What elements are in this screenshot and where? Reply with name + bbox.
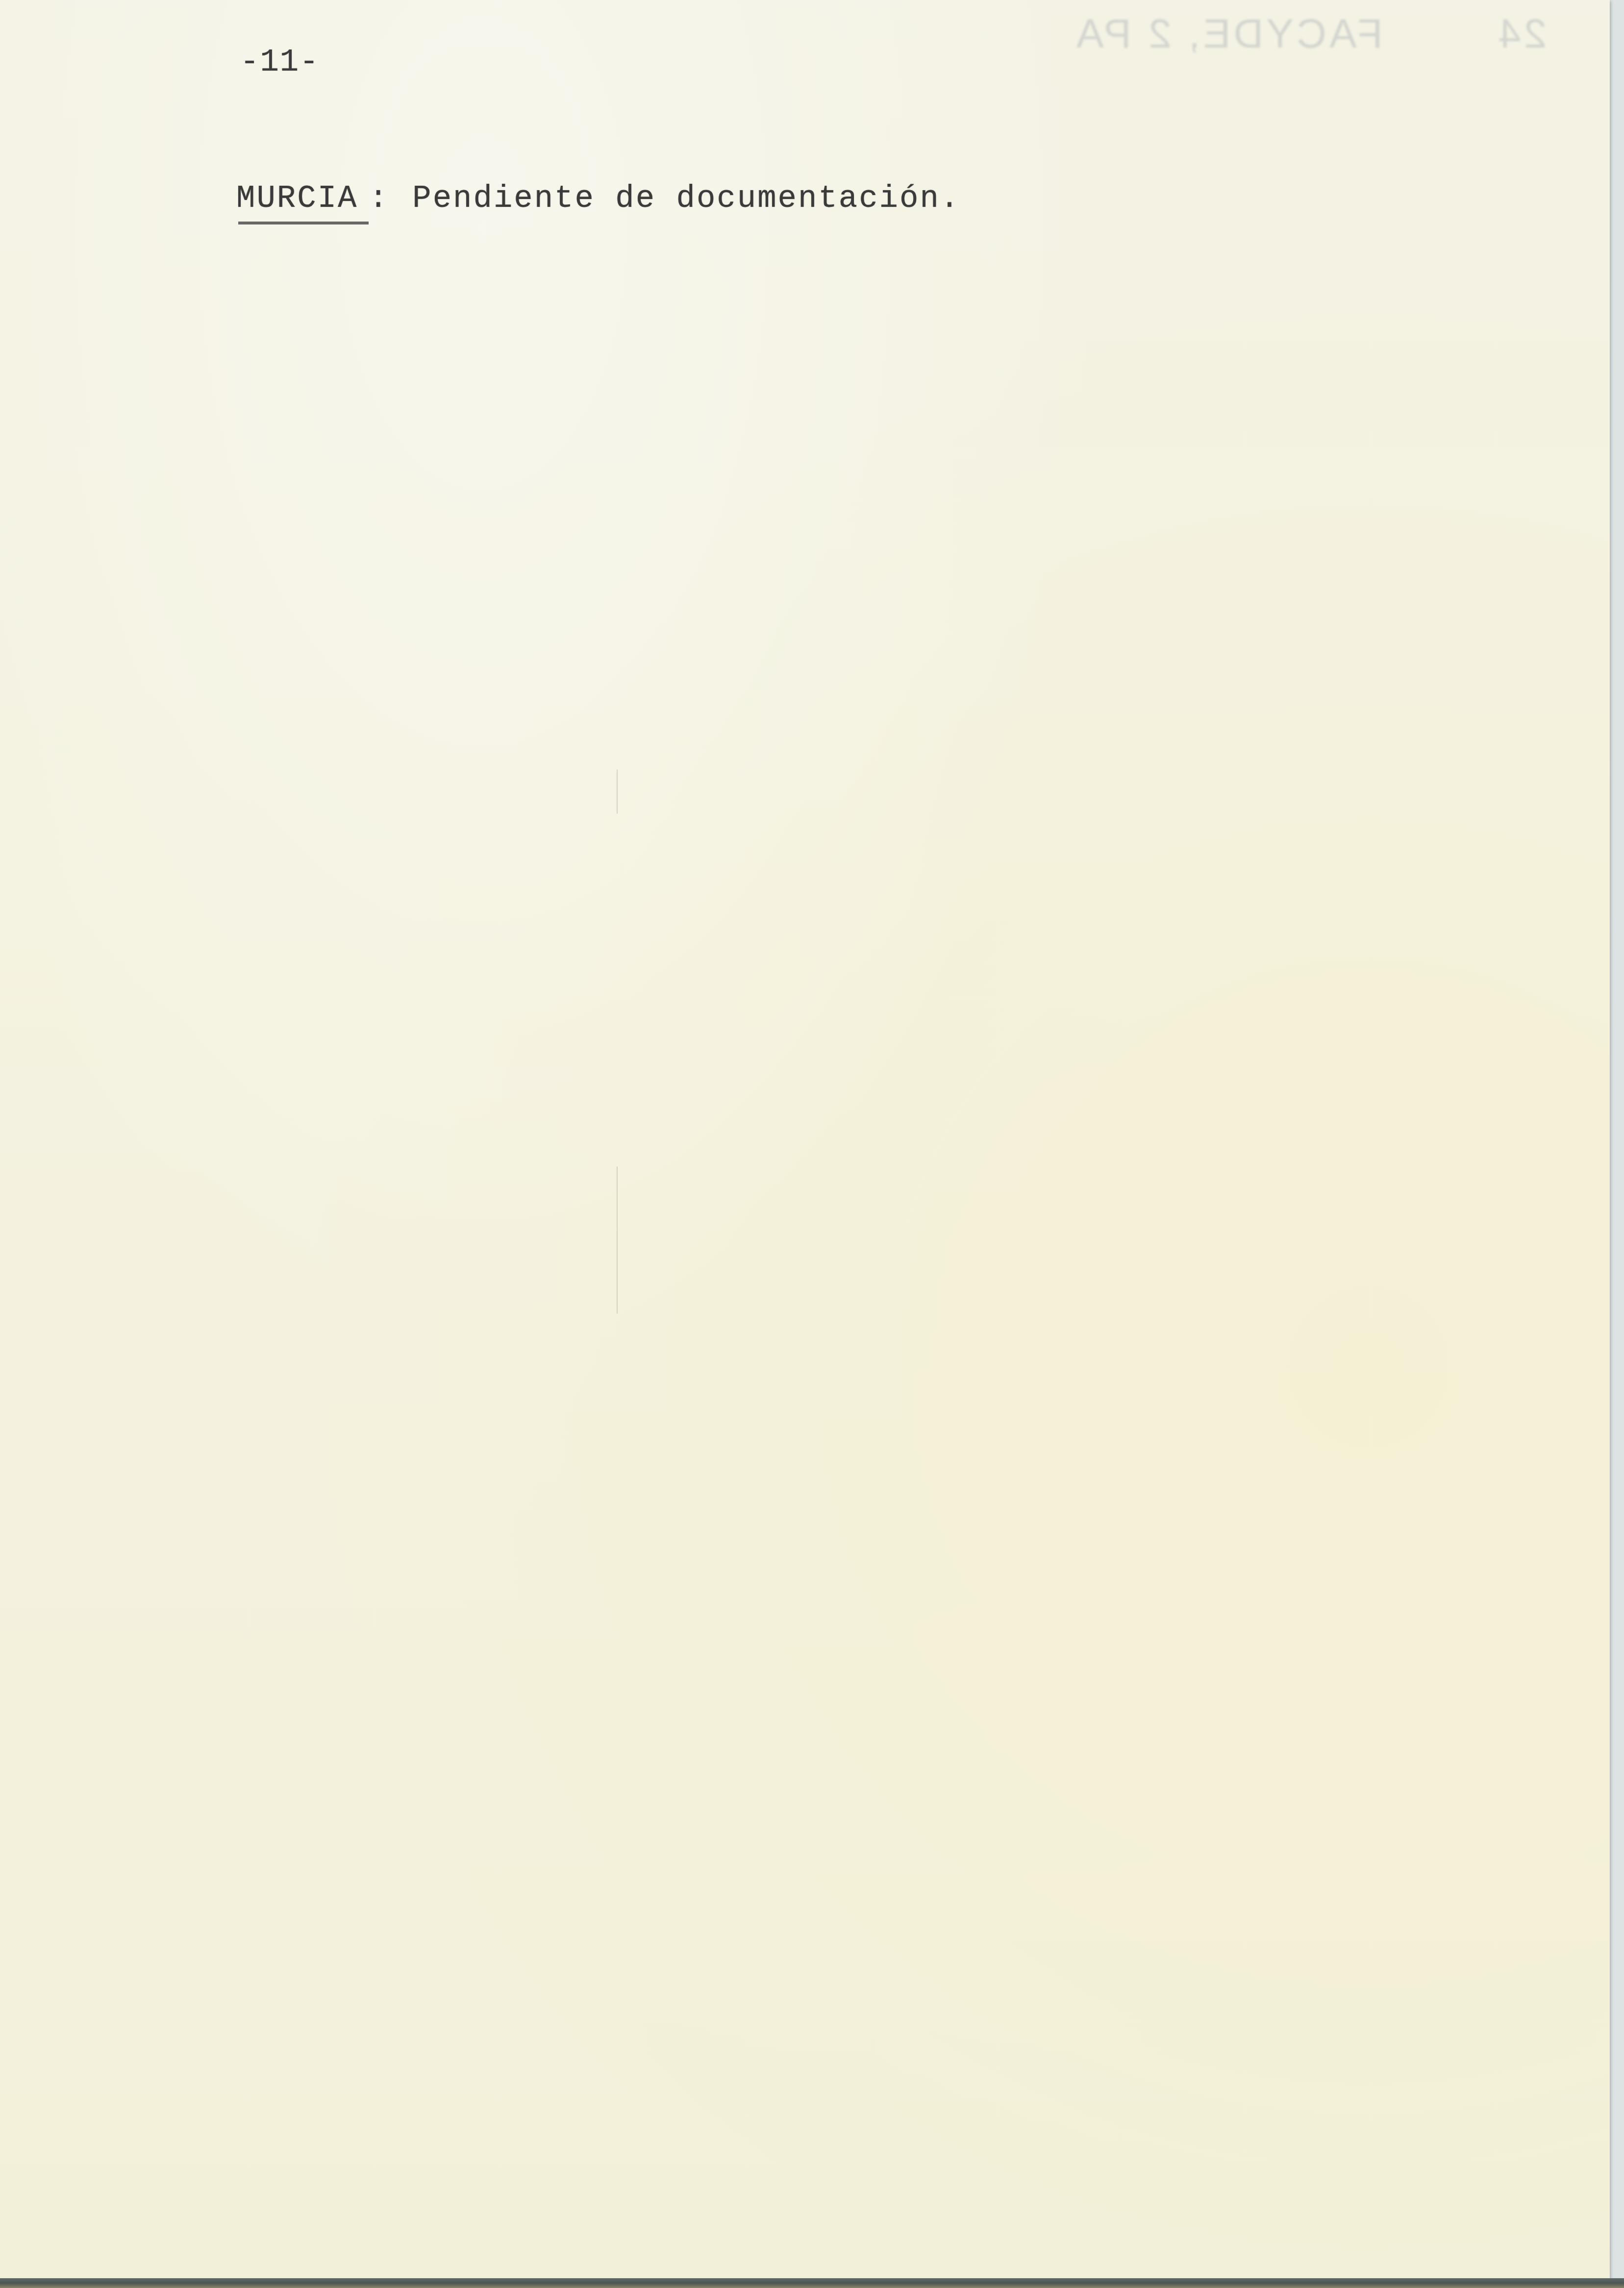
reverse-annotation-bleed-through: FACYDE, 2 PA bbox=[1074, 10, 1383, 57]
page-bottom-edge-shadow bbox=[0, 2278, 1624, 2288]
province-entry: MURCIA: Pendiente de documentación. bbox=[236, 181, 960, 217]
paper-crease-mark bbox=[617, 1167, 618, 1314]
province-name: MURCIA bbox=[236, 181, 358, 217]
paper-crease-mark bbox=[617, 770, 618, 814]
entry-status: Pendiente de documentación. bbox=[412, 181, 960, 217]
reverse-sheet-number-bleed-through: 24 bbox=[1495, 10, 1547, 57]
page-number: -11- bbox=[240, 45, 320, 80]
entry-separator: : bbox=[369, 181, 389, 217]
document-page: FACYDE, 2 PA 24 -11- MURCIA: Pendiente d… bbox=[0, 0, 1610, 2278]
